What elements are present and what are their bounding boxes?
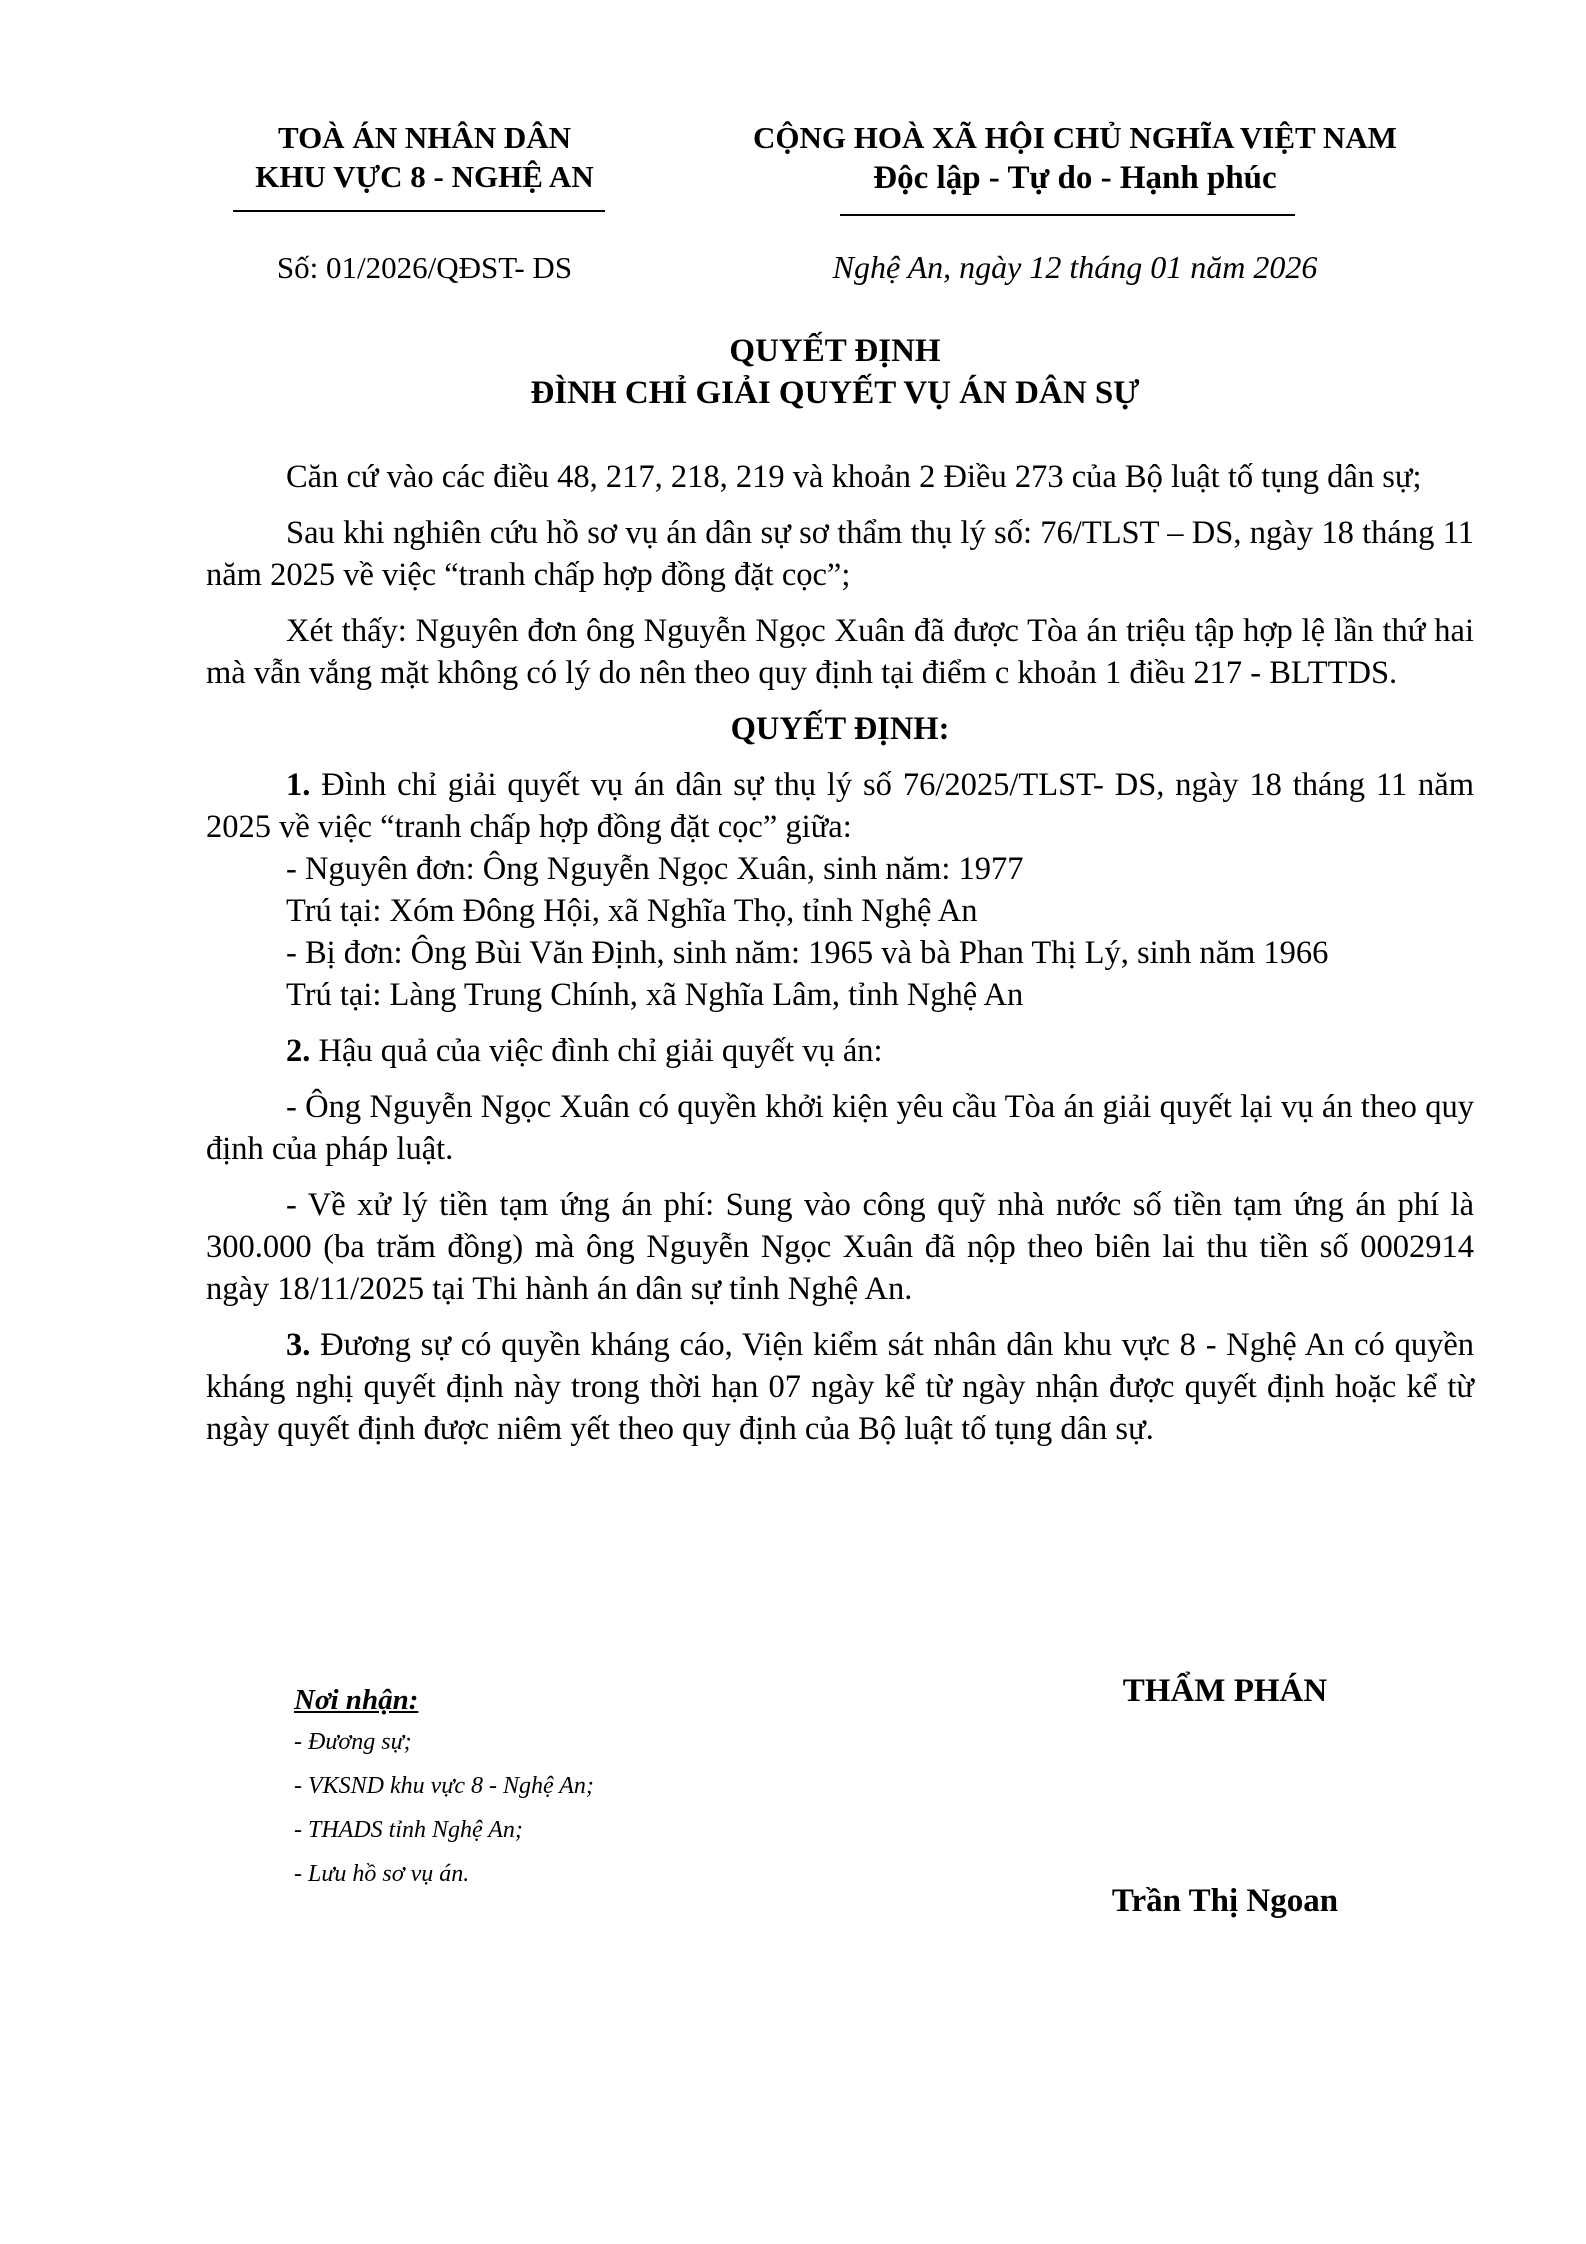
plaintiff-address: Trú tại: Xóm Đông Hội, xã Nghĩa Thọ, tỉn… <box>206 890 1474 932</box>
document-title: QUYẾT ĐỊNH ĐÌNH CHỈ GIẢI QUYẾT VỤ ÁN DÂN… <box>200 330 1470 414</box>
preamble-paragraph: Sau khi nghiên cứu hồ sơ vụ án dân sự sơ… <box>206 512 1474 596</box>
item-text: Đình chỉ giải quyết vụ án dân sự thụ lý … <box>206 767 1474 845</box>
court-line-2: KHU VỰC 8 - NGHỆ AN <box>232 157 617 196</box>
defendant-line: - Bị đơn: Ông Bùi Văn Định, sinh năm: 19… <box>206 932 1474 974</box>
item-number: 2. <box>286 1033 310 1069</box>
recipient-item: - THADS tỉnh Nghệ An; <box>294 1808 794 1852</box>
motto: Độc lập - Tự do - Hạnh phúc <box>680 157 1470 199</box>
title-line-1: QUYẾT ĐỊNH <box>200 330 1470 372</box>
place-and-date: Nghệ An, ngày 12 tháng 01 năm 2026 <box>680 249 1470 286</box>
recipient-item: - Lưu hồ sơ vụ án. <box>294 1852 794 1896</box>
court-name: TOÀ ÁN NHÂN DÂN KHU VỰC 8 - NGHỆ AN <box>232 118 617 196</box>
defendant-address: Trú tại: Làng Trung Chính, xã Nghĩa Lâm,… <box>206 974 1474 1016</box>
decision-item-2: 2. Hậu quả của việc đình chỉ giải quyết … <box>206 1030 1474 1072</box>
recipients-title: Nơi nhận: <box>294 1680 794 1720</box>
nation-name: CỘNG HOÀ XÃ HỘI CHỦ NGHĨA VIỆT NAM <box>680 118 1470 157</box>
recipients-block: Nơi nhận: - Đương sự; - VKSND khu vực 8 … <box>294 1680 794 1896</box>
item-text: Đương sự có quyền kháng cáo, Viện kiểm s… <box>206 1327 1474 1447</box>
signer-name: Trần Thị Ngoan <box>1000 1883 1450 1920</box>
signer-role: THẨM PHÁN <box>1000 1673 1450 1710</box>
motto-underline-divider <box>840 214 1295 216</box>
recipient-item: - Đương sự; <box>294 1720 794 1764</box>
item-text: Hậu quả của việc đình chỉ giải quyết vụ … <box>319 1033 883 1069</box>
item-number: 1. <box>286 767 310 803</box>
court-underline-divider <box>233 210 605 212</box>
item-number: 3. <box>286 1327 310 1363</box>
title-line-2: ĐÌNH CHỈ GIẢI QUYẾT VỤ ÁN DÂN SỰ <box>200 372 1470 414</box>
document-number: Số: 01/2026/QĐST- DS <box>232 250 617 286</box>
preamble-paragraph: Căn cứ vào các điều 48, 217, 218, 219 và… <box>206 456 1474 498</box>
document-body: Căn cứ vào các điều 48, 217, 218, 219 và… <box>206 456 1474 1450</box>
court-line-1: TOÀ ÁN NHÂN DÂN <box>232 118 617 157</box>
national-motto: CỘNG HOÀ XÃ HỘI CHỦ NGHĨA VIỆT NAM Độc l… <box>680 118 1470 199</box>
consequence-point: - Ông Nguyễn Ngọc Xuân có quyền khởi kiệ… <box>206 1086 1474 1170</box>
preamble-paragraph: Xét thấy: Nguyên đơn ông Nguyễn Ngọc Xuâ… <box>206 610 1474 694</box>
consequence-point: - Về xử lý tiền tạm ứng án phí: Sung vào… <box>206 1184 1474 1310</box>
decision-item-3: 3. Đương sự có quyền kháng cáo, Viện kiể… <box>206 1324 1474 1450</box>
decision-heading: QUYẾT ĐỊNH: <box>206 708 1474 750</box>
plaintiff-line: - Nguyên đơn: Ông Nguyễn Ngọc Xuân, sinh… <box>206 848 1474 890</box>
recipient-item: - VKSND khu vực 8 - Nghệ An; <box>294 1764 794 1808</box>
decision-item-1: 1. Đình chỉ giải quyết vụ án dân sự thụ … <box>206 764 1474 848</box>
